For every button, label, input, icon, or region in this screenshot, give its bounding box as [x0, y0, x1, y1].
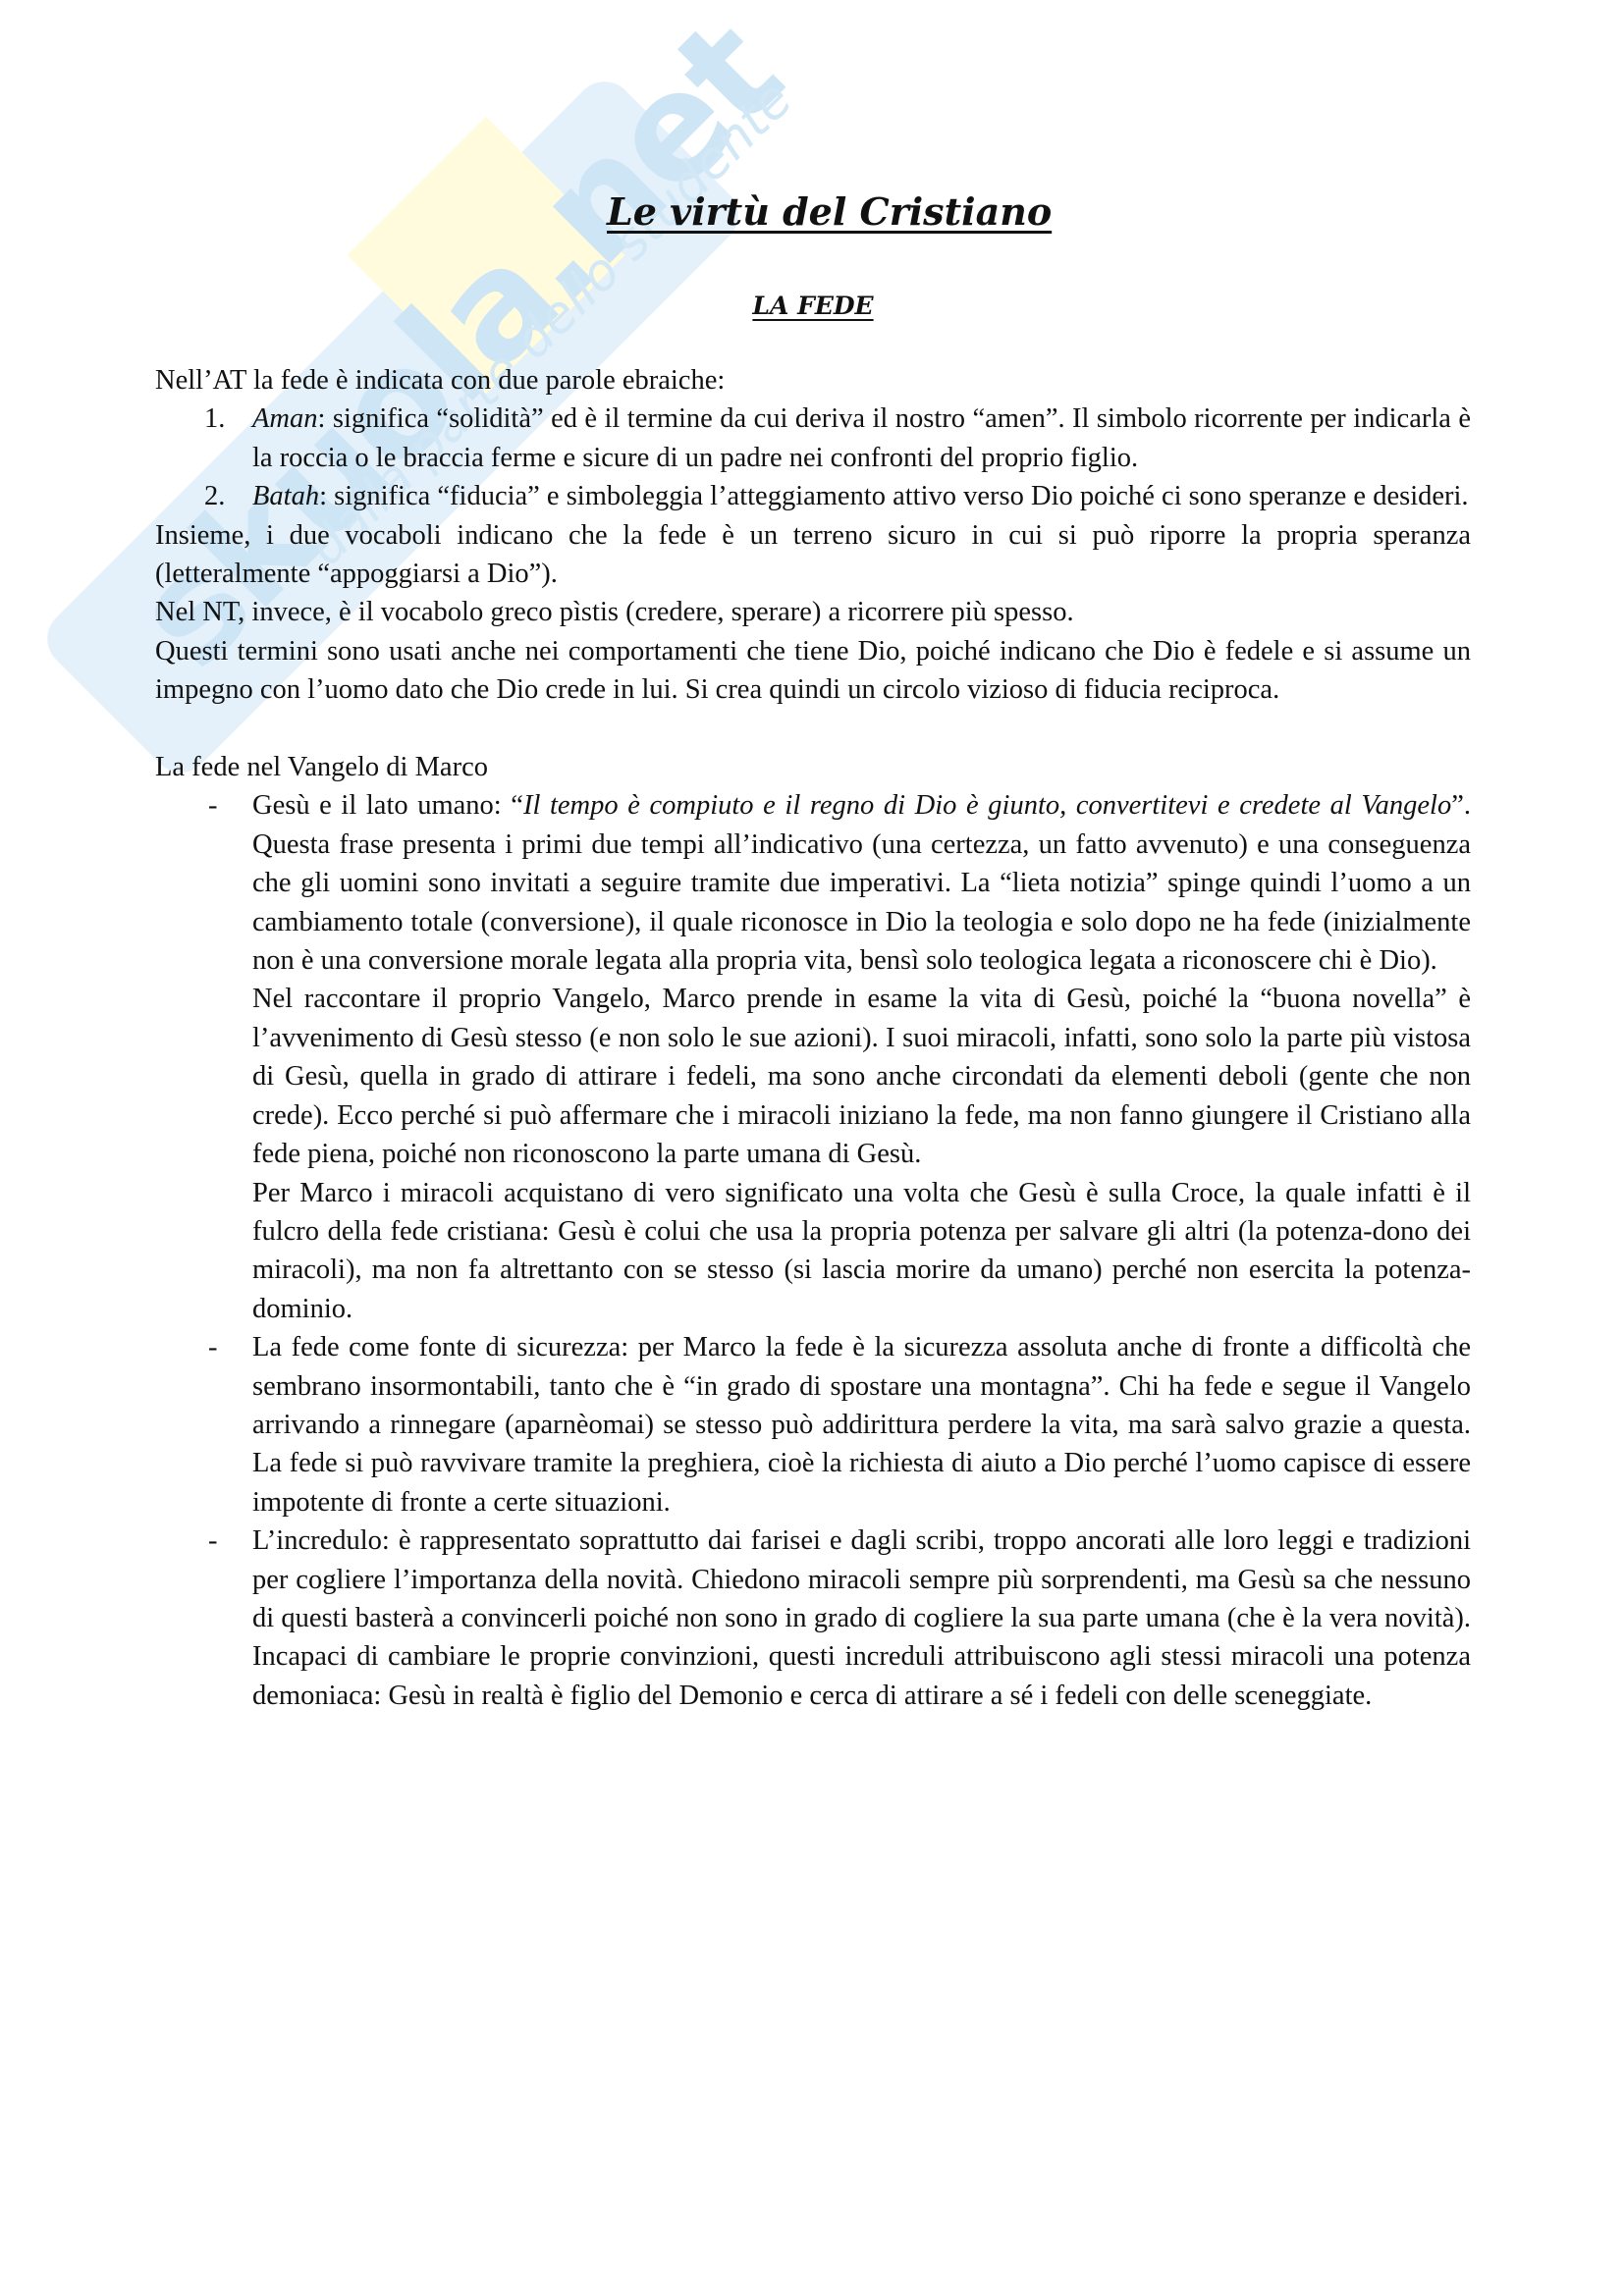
- paragraph: Gesù e il lato umano: “Il tempo è compiu…: [252, 786, 1471, 980]
- dash-bullet: -: [208, 1328, 218, 1366]
- term-definition: : significa “fiducia” e simboleggia l’at…: [319, 481, 1468, 511]
- list-item: 1. Aman: significa “solidità” ed è il te…: [155, 400, 1471, 477]
- term-name: Batah: [252, 481, 319, 511]
- list-item: - L’incredulo: è rappresentato soprattut…: [155, 1522, 1471, 1715]
- term-name: Aman: [252, 403, 318, 434]
- gospel-quote: Il tempo è compiuto e il regno di Dio è …: [523, 790, 1451, 821]
- document-page: skuola.net dalla parte dello studente Le…: [0, 0, 1624, 2296]
- dash-bullet: -: [208, 1522, 218, 1560]
- section-title: LA FEDE: [705, 287, 921, 325]
- spacer: [155, 710, 1471, 748]
- paragraph: La fede come fonte di sicurezza: per Mar…: [252, 1328, 1471, 1522]
- hebrew-terms-list: 1. Aman: significa “solidità” ed è il te…: [155, 400, 1471, 515]
- marco-heading: La fede nel Vangelo di Marco: [155, 748, 1471, 786]
- watermark-yellow-square: [348, 117, 625, 395]
- item-lead: Gesù e il lato umano: “: [252, 790, 523, 821]
- paragraph: L’incredulo: è rappresentato soprattutto…: [252, 1522, 1471, 1715]
- dash-bullet: -: [208, 786, 218, 825]
- document-title: Le virtù del Cristiano: [607, 192, 1019, 231]
- list-number: 1.: [204, 400, 225, 438]
- paragraph: Questi termini sono usati anche nei comp…: [155, 632, 1471, 710]
- list-item: 2. Batah: significa “fiducia” e simboleg…: [155, 477, 1471, 515]
- intro-paragraph: Nell’AT la fede è indicata con due parol…: [155, 361, 1471, 400]
- document-body: Nell’AT la fede è indicata con due parol…: [155, 361, 1471, 1715]
- list-item: - Gesù e il lato umano: “Il tempo è comp…: [155, 786, 1471, 1328]
- paragraph: Nel raccontare il proprio Vangelo, Marco…: [252, 980, 1471, 1173]
- list-number: 2.: [204, 477, 225, 515]
- paragraph: Insieme, i due vocaboli indicano che la …: [155, 516, 1471, 594]
- list-item: - La fede come fonte di sicurezza: per M…: [155, 1328, 1471, 1522]
- paragraph: Nel NT, invece, è il vocabolo greco pìst…: [155, 593, 1471, 631]
- term-definition: : significa “solidità” ed è il termine d…: [252, 403, 1471, 472]
- paragraph: Per Marco i miracoli acquistano di vero …: [252, 1174, 1471, 1329]
- marco-list: - Gesù e il lato umano: “Il tempo è comp…: [155, 786, 1471, 1715]
